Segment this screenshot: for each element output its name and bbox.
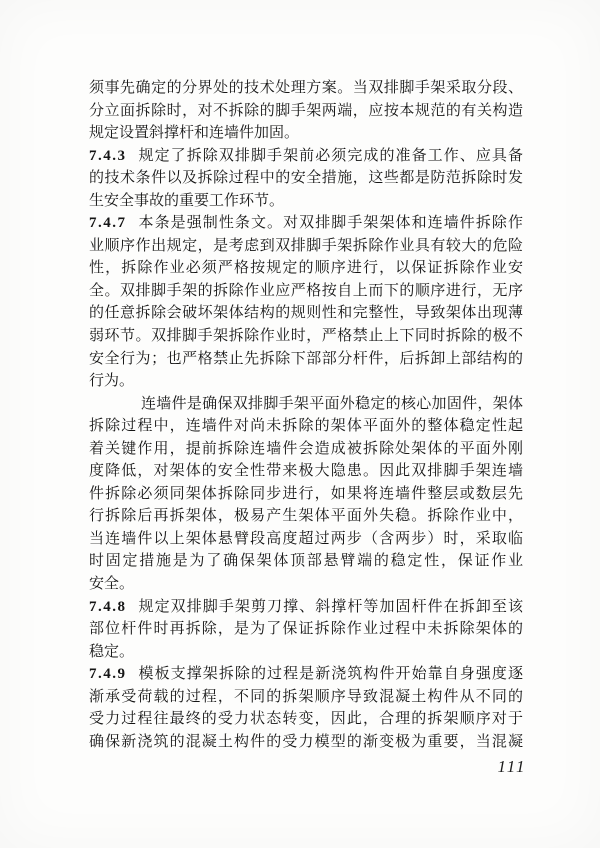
text-line: 拆除过程中，连墙件对尚未拆除的架体平面外的整体稳定性起: [89, 415, 523, 438]
section-number: 7.4.9: [89, 666, 127, 682]
text-line: 7.4.9模板支撑架拆除的过程是新浇筑构件开始靠自身强度逐: [89, 663, 523, 686]
text-line: 性，拆除作业必须严格按规定的顺序进行，以保证拆除作业安: [89, 257, 523, 280]
text-line: 7.4.3规定了拆除双排脚手架前必须完成的准备工作、应具备: [89, 145, 523, 168]
section-number: 7.4.7: [89, 215, 127, 231]
text-line: 7.4.8规定双排脚手架剪刀撑、斜撑杆等加固杆件在拆卸至该: [89, 596, 523, 619]
text-line: 连墙件是确保双排脚手架平面外稳定的核心加固件，架体: [89, 393, 523, 416]
line-text: 模板支撑架拆除的过程是新浇筑构件开始靠自身强度逐: [138, 666, 524, 682]
document-page: 须事先确定的分界处的技术处理方案。当双排脚手架采取分段、分立面拆除时，对不拆除的…: [0, 0, 600, 848]
line-text: 本条是强制性条文。对双排脚手架架体和连墙件拆除作: [138, 215, 524, 231]
text-line: 安全。: [89, 573, 523, 596]
text-line: 度降低，对架体的安全性带来极大隐患。因此双排脚手架连墙: [89, 460, 523, 483]
text-line: 部位杆件时再拆除，是为了保证拆除作业过程中未拆除架体的: [89, 618, 523, 641]
text-line: 行拆除后再拆架体，极易产生架体平面外失稳。拆除作业中，: [89, 505, 523, 528]
line-text: 规定了拆除双排脚手架前必须完成的准备工作、应具备: [138, 148, 524, 164]
section-paragraph-7.4.8: 7.4.8规定双排脚手架剪刀撑、斜撑杆等加固杆件在拆卸至该部位杆件时再拆除，是为…: [89, 596, 523, 664]
text-line: 稳定。: [89, 641, 523, 664]
text-line: 受力过程往最终的受力状态转变，因此，合理的拆架顺序对于: [89, 708, 523, 731]
text-line: 渐承受荷载的过程，不同的拆架顺序导致混凝土构件从不同的: [89, 686, 523, 709]
body-paragraph: 连墙件是确保双排脚手架平面外稳定的核心加固件，架体拆除过程中，连墙件对尚未拆除的…: [89, 393, 523, 596]
text-line: 确保新浇筑的混凝土构件的受力模型的渐变极为重要，当混凝: [89, 731, 523, 754]
text-line: 弱环节。双排脚手架拆除作业时，严格禁止上下同时拆除的极不: [89, 325, 523, 348]
text-line: 规定设置斜撑杆和连墙件加固。: [89, 122, 523, 145]
page-number: 111: [492, 757, 532, 777]
section-number: 7.4.8: [89, 599, 127, 615]
text-line: 分立面拆除时，对不拆除的脚手架两端，应按本规范的有关构造: [89, 100, 523, 123]
text-line: 全。双排脚手架的拆除作业应严格按自上而下的顺序进行，无序: [89, 280, 523, 303]
text-line: 时固定措施是为了确保架体顶部悬臂端的稳定性，保证作业: [89, 550, 523, 573]
section-number: 7.4.3: [89, 148, 127, 164]
text-line: 行为。: [89, 370, 523, 393]
text-line: 业顺序作出规定，是考虑到双排脚手架拆除作业具有较大的危险: [89, 235, 523, 258]
text-line: 当连墙件以上架体悬臂段高度超过两步（含两步）时，采取临: [89, 528, 523, 551]
section-paragraph-7.4.9: 7.4.9模板支撑架拆除的过程是新浇筑构件开始靠自身强度逐渐承受荷载的过程，不同…: [89, 663, 523, 753]
text-block: 须事先确定的分界处的技术处理方案。当双排脚手架采取分段、分立面拆除时，对不拆除的…: [89, 77, 523, 753]
text-line: 着关键作用，提前拆除连墙件会造成被拆除处架体的平面外刚: [89, 438, 523, 461]
text-line: 生安全事故的重要工作环节。: [89, 190, 523, 213]
text-line: 7.4.7本条是强制性条文。对双排脚手架架体和连墙件拆除作: [89, 212, 523, 235]
text-line: 件拆除必须同架体拆除同步进行，如果将连墙件整层或数层先: [89, 483, 523, 506]
body-paragraph: 须事先确定的分界处的技术处理方案。当双排脚手架采取分段、分立面拆除时，对不拆除的…: [89, 77, 523, 145]
text-line: 须事先确定的分界处的技术处理方案。当双排脚手架采取分段、: [89, 77, 523, 100]
text-line: 的技术条件以及拆除过程中的安全措施，这些都是防范拆除时发: [89, 167, 523, 190]
line-text: 规定双排脚手架剪刀撑、斜撑杆等加固杆件在拆卸至该: [138, 599, 524, 615]
section-paragraph-7.4.7: 7.4.7本条是强制性条文。对双排脚手架架体和连墙件拆除作业顺序作出规定，是考虑…: [89, 212, 523, 392]
text-line: 的任意拆除会破坏架体结构的规则性和完整性，导致架体出现薄: [89, 302, 523, 325]
section-paragraph-7.4.3: 7.4.3规定了拆除双排脚手架前必须完成的准备工作、应具备的技术条件以及拆除过程…: [89, 145, 523, 213]
text-line: 安全行为；也严格禁止先拆除下部部分杆件，后拆卸上部结构的: [89, 348, 523, 371]
